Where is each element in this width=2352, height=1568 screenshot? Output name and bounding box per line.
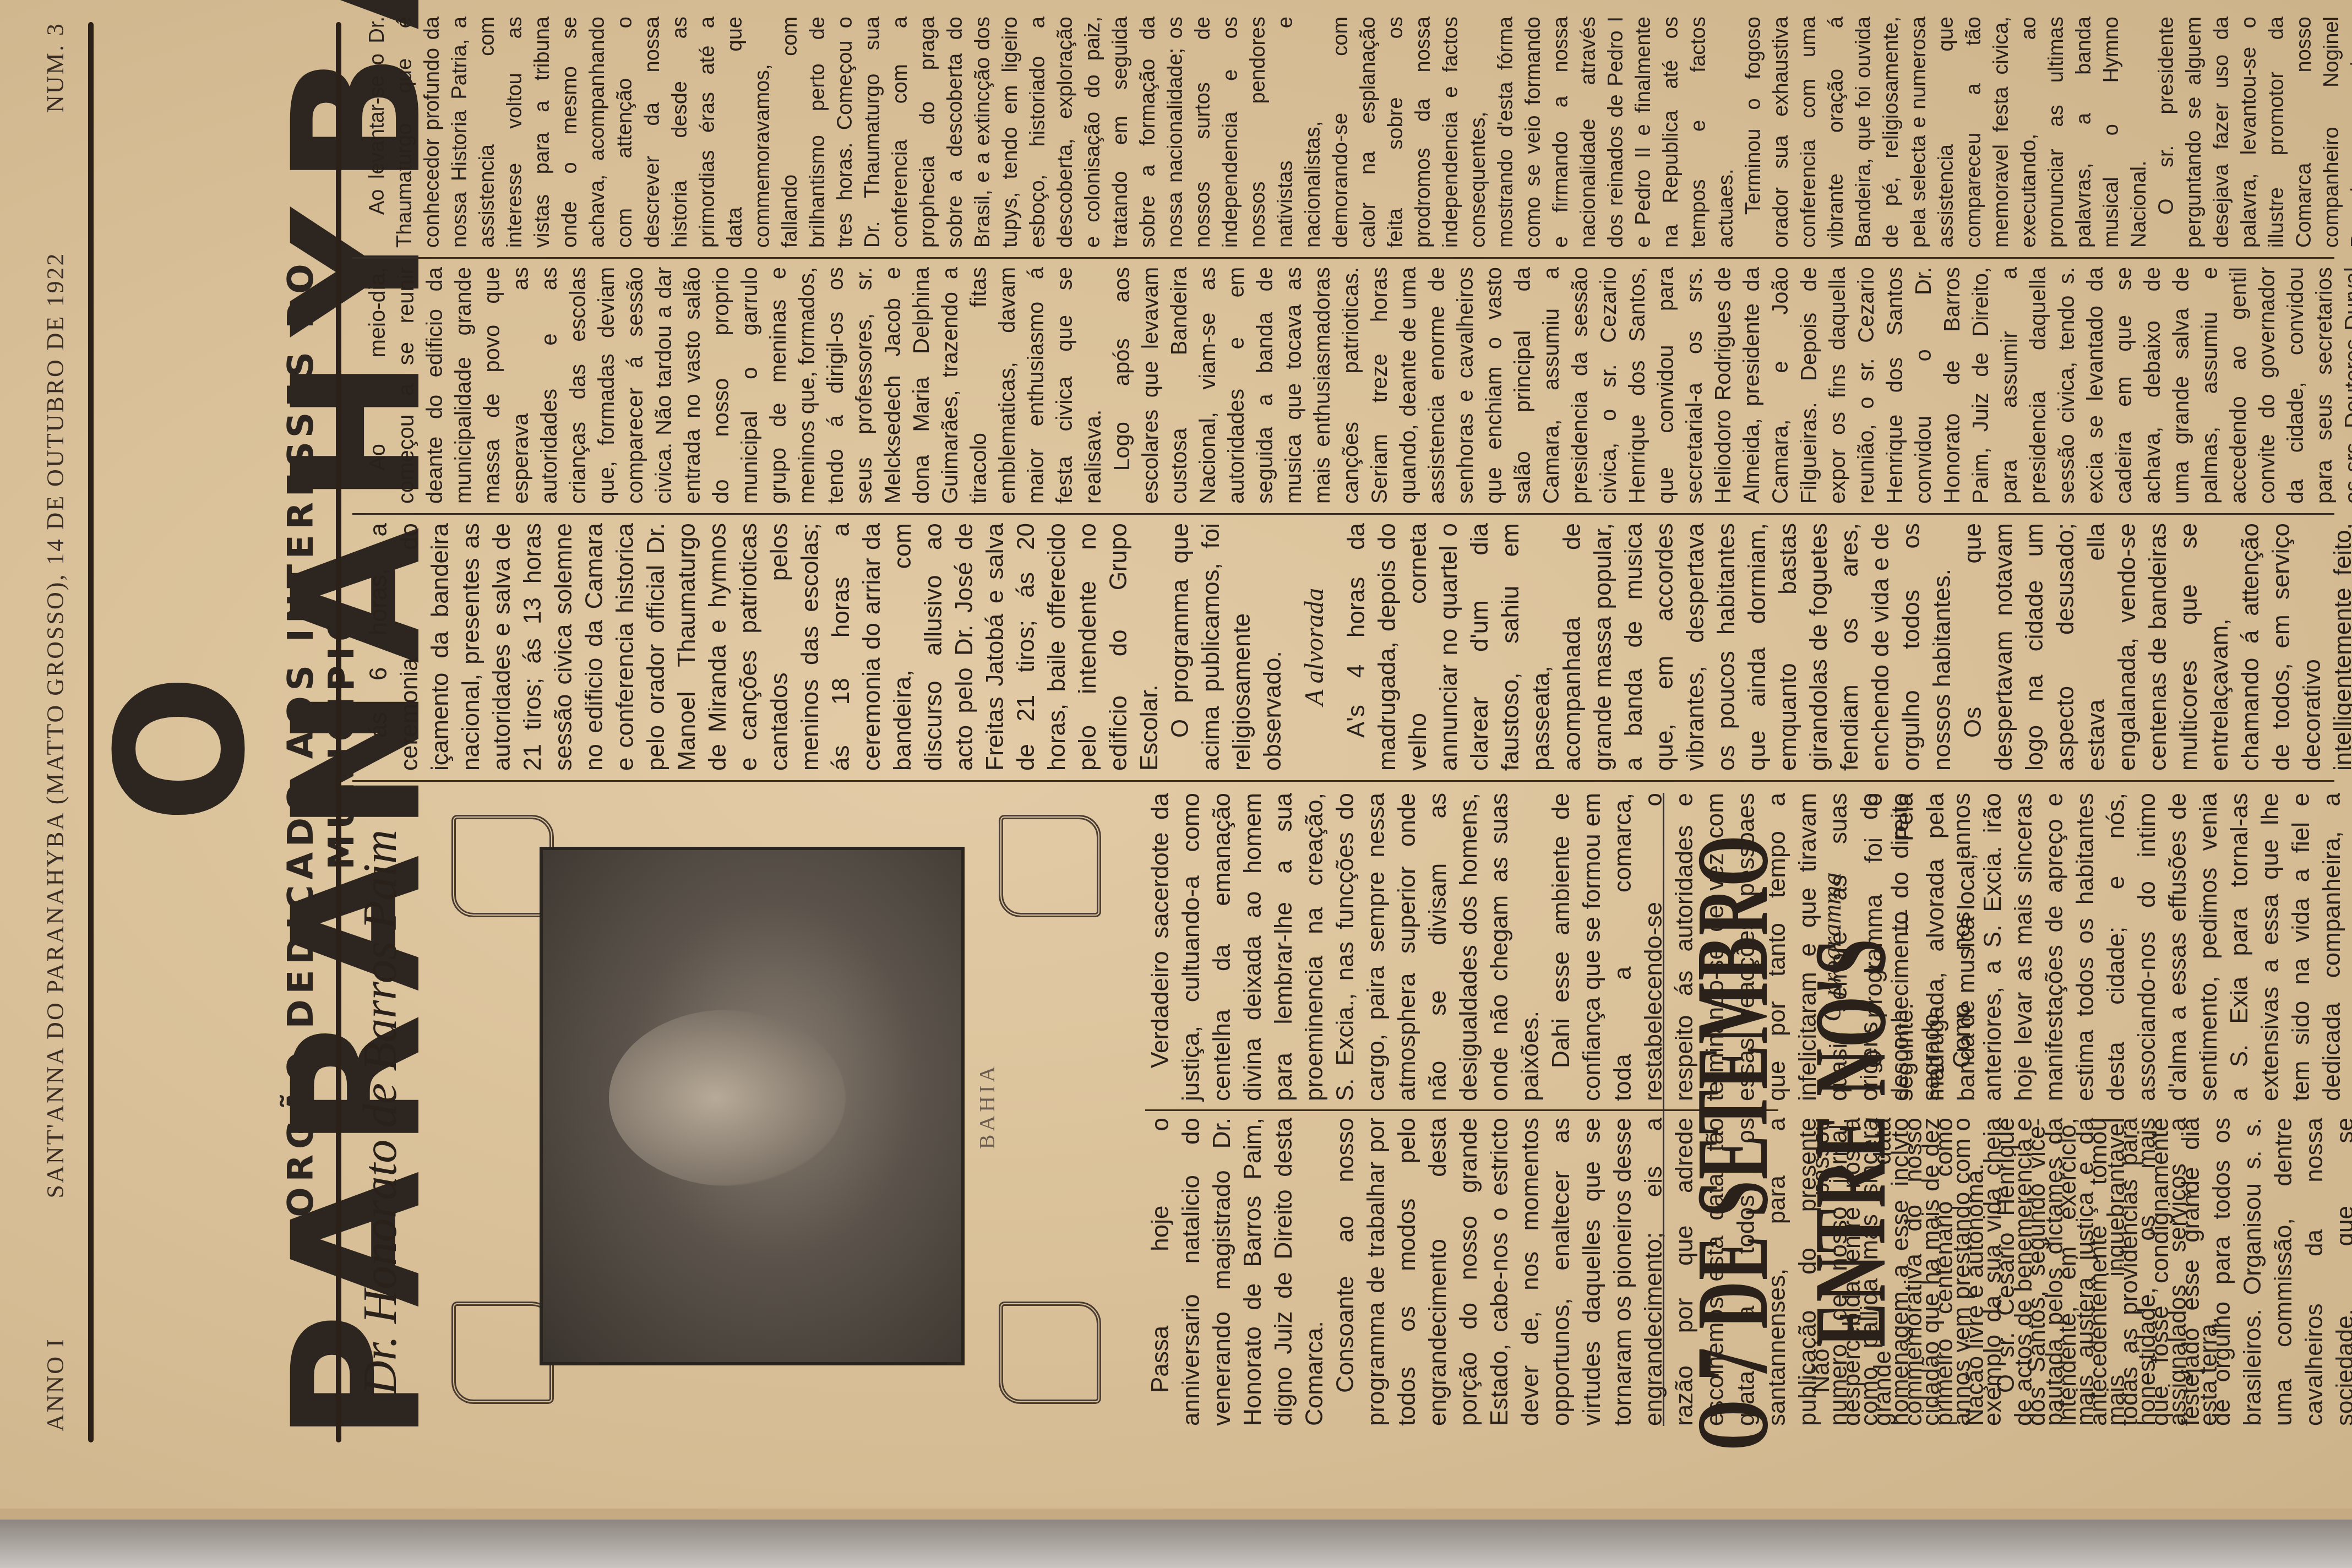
paragraph: Ao levantar-se o Dr. Thaumaturgo que é c…: [363, 17, 1740, 248]
portrait-photo: BAHIA: [540, 847, 965, 1365]
article-col5: Ao levantar-se o Dr. Thaumaturgo que é c…: [363, 17, 2352, 248]
paragraph: O programma que acima publicamos, foi re…: [1165, 523, 1288, 771]
portrait-face: [609, 1010, 846, 1186]
section-title-programma: O programma: [1817, 793, 1848, 1101]
paragraph: ás 6 horas, a ceremonia do içamento da b…: [363, 523, 1165, 771]
place-date: SANT'ANNA DO PARANAHYBA (MATTO GROSSO), …: [41, 113, 69, 1338]
portrait-title: Dr. Honorato de Barros Paim: [352, 793, 407, 1431]
frame-ornament-icon: [999, 815, 1101, 917]
issue-number: NUM. 3: [41, 22, 69, 113]
article-sete-col2: O programma O programma foi o seguinte: …: [1806, 793, 1982, 1101]
portrait-caption: BAHIA: [974, 850, 1000, 1362]
headline-rule: [1663, 793, 1664, 1426]
paragraph: O programma foi o seguinte: — Pela madru…: [1859, 793, 1982, 1101]
paragraph: O sr. presidente perguntando se alguem d…: [2153, 17, 2352, 248]
paragraph: Ao meio-dia, começou a se reunir deante …: [363, 267, 1108, 504]
masthead-subtitle: ORGÃO DEDICADO AOS INTERESSES DO MUNICIP…: [281, 132, 362, 1343]
masthead-bottom-rule: [336, 22, 341, 1442]
article-col4: Ao meio-dia, começou a se reunir deante …: [363, 267, 2352, 504]
frame-ornament-icon: [451, 1302, 554, 1404]
section-title-alvorada: A alvorada: [1299, 523, 1330, 771]
article-col3: ás 6 horas, a ceremonia do içamento da b…: [363, 523, 2352, 771]
folio-line: ANNO I SANT'ANNA DO PARANAHYBA (MATTO GR…: [22, 22, 88, 1431]
paragraph: O sr. Cesario Henrique dos Santos, segun…: [1991, 1118, 2352, 1426]
frame-ornament-icon: [999, 1302, 1101, 1404]
volume-label: ANNO I: [41, 1337, 69, 1431]
column-divider: [352, 780, 2334, 782]
paragraph: Passa hoje o anniversario natalicio do v…: [1145, 1118, 1330, 1426]
paragraph: Terminou o fogoso orador sua exhaustiva …: [1740, 17, 2153, 248]
column-divider: [352, 257, 2334, 259]
paragraph: Não passou despercebida entre nós a gran…: [1806, 1118, 1991, 1426]
paragraph: Como nos annos anteriores, a S. Excia. i…: [1947, 793, 2352, 1101]
paragraph: A's 4 horas da madrugada, depois do velh…: [1341, 523, 1958, 771]
scan-background: [0, 1520, 2352, 1568]
column-divider: [352, 513, 2334, 515]
article-sete-col1: Não passou despercebida entre nós a gran…: [1806, 1118, 2352, 1426]
frame-ornament-icon: [451, 815, 554, 917]
paragraph: Logo após aos escolares que levavam cust…: [1108, 267, 2352, 504]
newspaper-page: ANNO I SANT'ANNA DO PARANAHYBA (MATTO GR…: [0, 0, 2352, 1509]
paragraph: Os que despertavam notavam logo na cidad…: [1958, 523, 2352, 771]
paragraph: Verdadeiro sacerdote da justiça, cultuan…: [1145, 793, 1546, 1101]
